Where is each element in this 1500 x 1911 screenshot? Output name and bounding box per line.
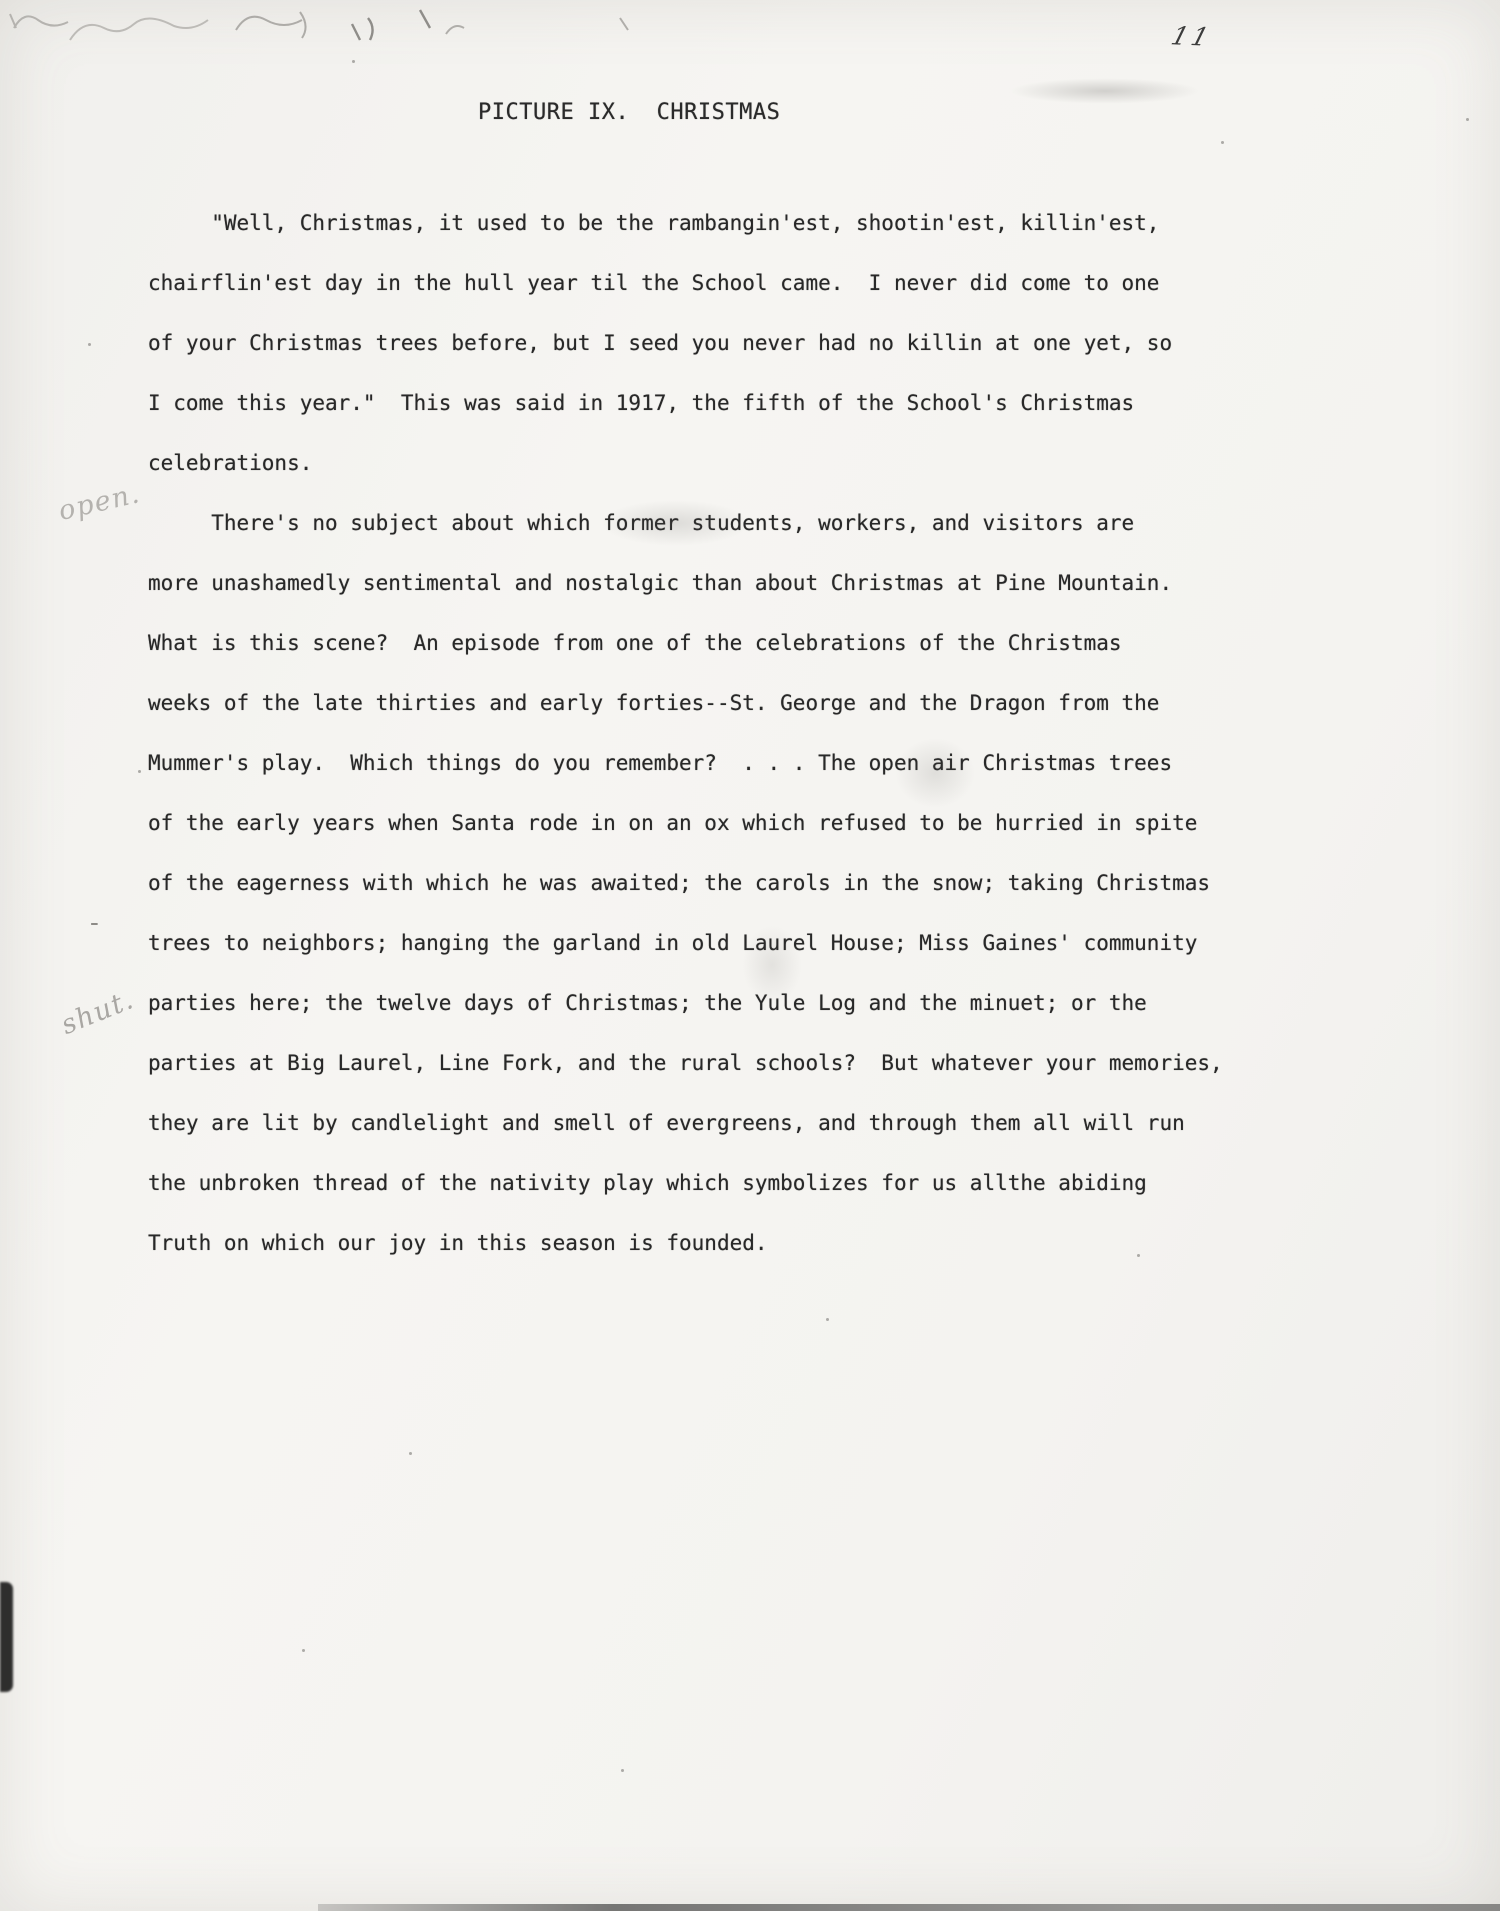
typewritten-lines: "Well, Christmas, it used to be the ramb… (148, 193, 1328, 1273)
scan-speck (826, 1318, 829, 1321)
text-line: There's no subject about which former st… (148, 493, 1328, 553)
scan-smudge (1010, 78, 1200, 104)
text-line: I come this year." This was said in 1917… (148, 373, 1328, 433)
scanned-typewritten-page: 11 PICTURE IX. CHRISTMAS "Well, Christma… (0, 0, 1500, 1911)
text-line: chairflin'est day in the hull year til t… (148, 253, 1328, 313)
text-line: weeks of the late thirties and early for… (148, 673, 1328, 733)
page-title: PICTURE IX. CHRISTMAS (478, 100, 780, 125)
handwritten-note-shut: shut. (57, 984, 139, 1041)
scan-speck (302, 1649, 305, 1652)
text-line: Mummer's play. Which things do you remem… (148, 733, 1328, 793)
text-line: the unbroken thread of the nativity play… (148, 1153, 1328, 1213)
text-line: What is this scene? An episode from one … (148, 613, 1328, 673)
text-line: more unashamedly sentimental and nostalg… (148, 553, 1328, 613)
scan-bottom-edge (318, 1904, 1500, 1911)
scan-speck (409, 1452, 412, 1455)
pencil-scribble-marks (0, 0, 700, 70)
text-line: parties at Big Laurel, Line Fork, and th… (148, 1033, 1328, 1093)
scan-speck (1137, 1254, 1140, 1257)
text-line: Truth on which our joy in this season is… (148, 1213, 1328, 1273)
scan-speck (138, 770, 141, 773)
scan-speck (1221, 141, 1224, 144)
margin-dash-mark: - (90, 908, 100, 938)
scan-speck (621, 1769, 624, 1772)
handwritten-note-open: open. (56, 478, 144, 527)
text-line: of the early years when Santa rode in on… (148, 793, 1328, 853)
scan-speck (352, 60, 355, 63)
scan-speck (1466, 118, 1469, 121)
text-line: trees to neighbors; hanging the garland … (148, 913, 1328, 973)
text-line: of the eagerness with which he was await… (148, 853, 1328, 913)
text-line: parties here; the twelve days of Christm… (148, 973, 1328, 1033)
scan-speck (88, 343, 91, 346)
page-number: 11 (1168, 21, 1216, 51)
text-line: celebrations. (148, 433, 1328, 493)
text-line: of your Christmas trees before, but I se… (148, 313, 1328, 373)
text-line: they are lit by candlelight and smell of… (148, 1093, 1328, 1153)
scan-edge-blob (0, 1582, 13, 1692)
text-line: "Well, Christmas, it used to be the ramb… (148, 193, 1328, 253)
